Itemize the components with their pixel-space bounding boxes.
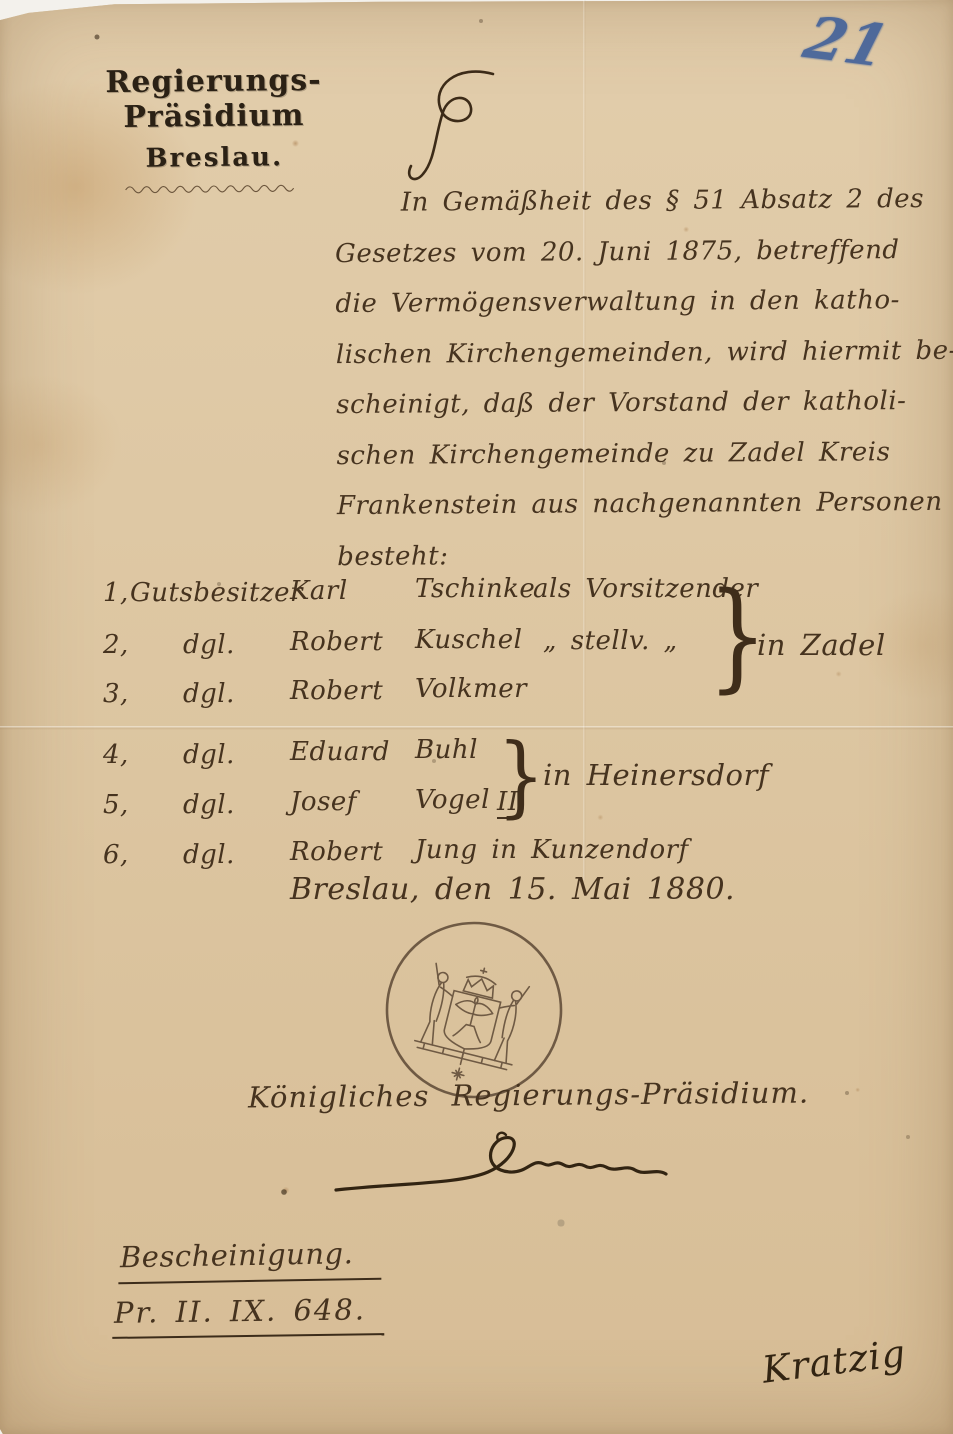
group-location-zadel: in Zadel <box>757 628 886 662</box>
group-location-heinersdorf: in Heinersdorf <box>543 758 769 792</box>
body-line: scheinigt, daß der Vorstand der katholi- <box>336 376 936 431</box>
paper-speckles <box>0 0 2 2</box>
member-last-name: Tschinke <box>415 574 535 604</box>
wavy-underline <box>125 182 295 194</box>
member-first-name: Robert <box>290 676 383 706</box>
member-first-name: Karl <box>290 576 348 606</box>
member-role: dgl. <box>183 630 235 660</box>
body-line: schen Kirchengemeinde zu Zadel Kreis <box>336 426 936 481</box>
member-last-name: Volkmer <box>415 674 527 704</box>
member-number: 4, <box>103 740 163 770</box>
body-line: Gesetzes vom 20. Juni 1875, betreffend <box>335 224 935 279</box>
member-role: dgl. <box>183 740 235 770</box>
member-last-name: Buhl <box>415 735 478 765</box>
body-text: In Gemäßheit des § 51 Absatz 2 des Geset… <box>335 174 938 582</box>
member-number: 3, <box>103 679 163 709</box>
body-line: Frankenstein aus nachgenannten Personen <box>337 477 937 532</box>
member-first-name: Josef <box>290 787 357 817</box>
member-role: Gutsbesitzer <box>130 578 303 608</box>
member-number: 2, <box>103 630 163 660</box>
president-signature <box>330 1128 680 1220</box>
member-first-name: Robert <box>290 627 383 657</box>
member-last-name: Kuschel <box>415 625 522 655</box>
member-note: „ stellv. „ <box>543 626 678 656</box>
file-reference-number: Pr. II. IX. 648. <box>112 1292 385 1339</box>
body-line: In Gemäßheit des § 51 Absatz 2 des <box>335 174 935 229</box>
group-brace-heinersdorf: } <box>497 724 545 827</box>
dateline: Breslau, den 15. Mai 1880. <box>290 872 735 907</box>
member-role: dgl. <box>183 679 235 709</box>
body-line: lischen Kirchengemeinden, wird hiermit b… <box>336 325 936 380</box>
member-number: 6, <box>103 840 163 870</box>
member-number: 5, <box>103 790 163 820</box>
document-type-label: Bescheinigung. <box>118 1236 382 1285</box>
member-first-name: Robert <box>290 837 383 867</box>
letterhead-city: Breslau. <box>38 141 390 175</box>
member-first-name: Eduard <box>290 737 390 767</box>
member-role: dgl. <box>183 790 235 820</box>
document-scan: Regierungs-Präsidium Breslau. 21 In Gemä… <box>0 0 953 1434</box>
letterhead-title: Regierungs-Präsidium <box>37 62 390 136</box>
member-role: dgl. <box>183 840 235 870</box>
initial-flourish <box>405 66 503 194</box>
body-line: die Vermögensverwaltung in den katho- <box>335 275 935 330</box>
member-last-name: Vogel <box>415 785 490 815</box>
fold-crease-horizontal <box>0 726 953 730</box>
member-last-name: Jung in Kunzendorf <box>415 835 689 865</box>
letterhead: Regierungs-Präsidium Breslau. <box>37 62 390 195</box>
closing-line: Königliches Regierungs-Präsidium. <box>248 1076 809 1115</box>
